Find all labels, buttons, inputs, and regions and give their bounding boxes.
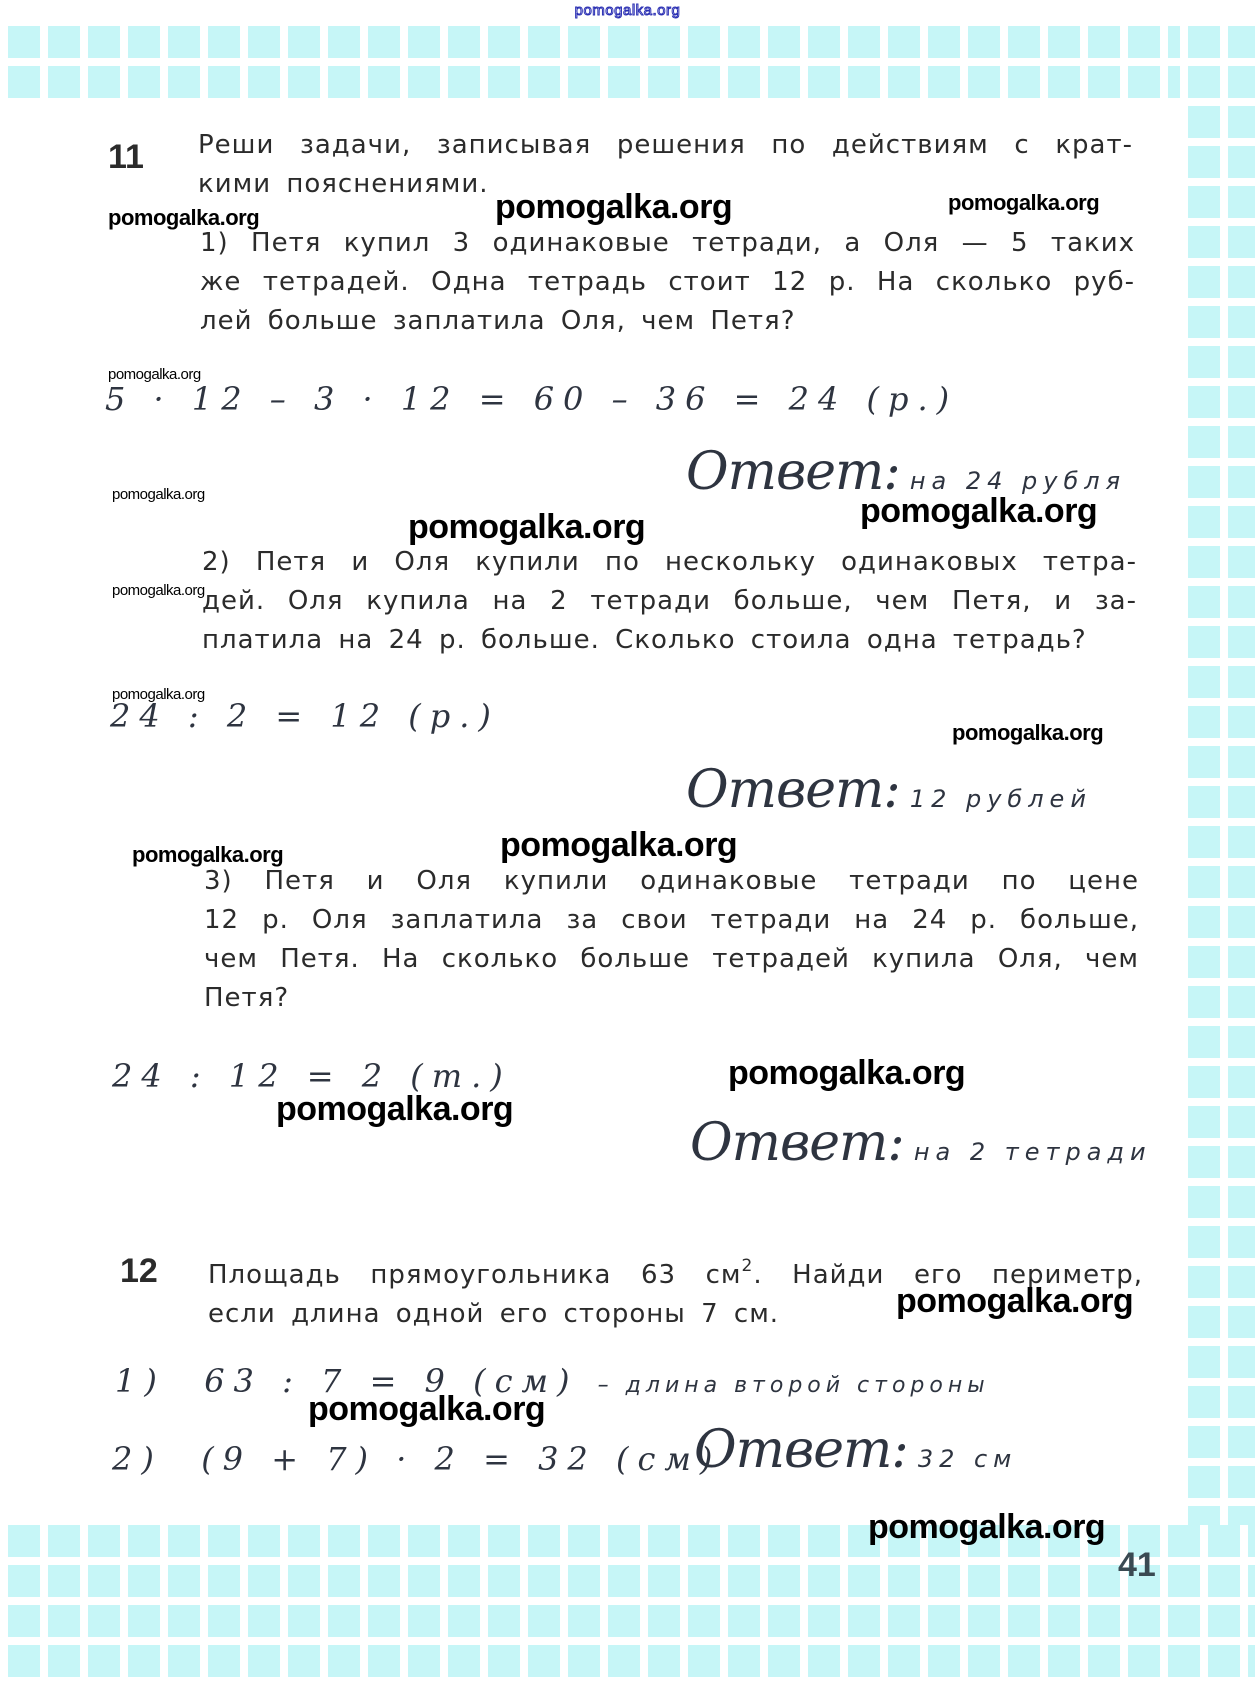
text-line: 2) Петя и Оля купили по нескольку одинак…: [202, 543, 1137, 582]
superscript: 2: [742, 1256, 754, 1276]
watermark: pomogalka.org: [948, 190, 1099, 216]
text-line: же тетрадей. Одна тетрадь стоит 12 р. На…: [200, 263, 1135, 302]
task-number-12: 12: [120, 1252, 158, 1291]
answer-label: Ответ:: [690, 1113, 904, 1173]
text-segment: Площадь прямоугольника 63 см: [208, 1260, 742, 1290]
answer-value: 12 рублей: [910, 785, 1092, 813]
watermark: pomogalka.org: [112, 582, 205, 599]
text-line: 12 р. Оля заплатила за свои тетради на 2…: [204, 901, 1139, 940]
step-label: 1): [115, 1362, 166, 1400]
text-line: чем Петя. На сколько больше тетрадей куп…: [204, 940, 1139, 979]
task-12-answer: Ответ:32 см: [694, 1420, 1017, 1480]
watermark: pomogalka.org: [112, 486, 205, 503]
task-12-step-1: 1) 63 : 7 = 9 (см) – длина второй сторон…: [115, 1362, 990, 1400]
step-note: – длина второй стороны: [598, 1373, 990, 1398]
watermark: pomogalka.org: [112, 686, 205, 703]
watermark: pomogalka.org: [952, 720, 1103, 746]
text-line: 1) Петя купил 3 одинаковые тетради, а Ол…: [200, 224, 1135, 263]
decorative-grid-right: [1180, 26, 1255, 1681]
decorative-grid-top: [0, 26, 1255, 98]
decorative-grid-bottom: [0, 1525, 1255, 1681]
problem-3-answer: Ответ:на 2 тетради: [690, 1113, 1152, 1173]
watermark: pomogalka.org: [728, 1054, 965, 1093]
problem-2-answer: Ответ:12 рублей: [686, 760, 1092, 820]
watermark: pomogalka.org: [500, 826, 737, 865]
text-line: Реши задачи, записывая решения по действ…: [198, 126, 1133, 165]
watermark: pomogalka.org: [108, 205, 259, 231]
text-line: Петя?: [204, 979, 1139, 1018]
watermark: pomogalka.org: [896, 1282, 1133, 1321]
problem-1-solution: 5 · 12 – 3 · 12 = 60 – 36 = 24 (р.): [105, 380, 958, 418]
task-number-11: 11: [108, 138, 144, 177]
watermark: pomogalka.org: [108, 366, 201, 383]
answer-value: на 24 рубля: [910, 467, 1126, 495]
watermark: pomogalka.org: [276, 1090, 513, 1129]
site-header-link[interactable]: pomogalka.org: [0, 2, 1255, 19]
text-line: дей. Оля купила на 2 тетради больше, чем…: [202, 582, 1137, 621]
task-12-step-2: 2) (9 + 7) · 2 = 32 (см): [112, 1440, 721, 1478]
answer-value: на 2 тетради: [914, 1138, 1152, 1166]
watermark: pomogalka.org: [868, 1508, 1105, 1547]
step-label: 2): [112, 1440, 163, 1478]
problem-1-text: 1) Петя купил 3 одинаковые тетради, а Ол…: [200, 224, 1135, 341]
problem-3-text: 3) Петя и Оля купили одинаковые тетради …: [204, 862, 1139, 1018]
answer-label: Ответ:: [686, 760, 900, 820]
problem-2-text: 2) Петя и Оля купили по нескольку одинак…: [202, 543, 1137, 660]
step-expression: (9 + 7) · 2 = 32 (см): [201, 1440, 721, 1478]
watermark: pomogalka.org: [132, 842, 283, 868]
text-line: лей больше заплатила Оля, чем Петя?: [200, 302, 1135, 341]
page-number: 41: [1118, 1546, 1156, 1585]
text-line: платила на 24 р. больше. Сколько стоила …: [202, 621, 1137, 660]
answer-value: 32 см: [918, 1445, 1017, 1473]
text-line: 3) Петя и Оля купили одинаковые тетради …: [204, 862, 1139, 901]
watermark: pomogalka.org: [308, 1390, 545, 1429]
watermark: pomogalka.org: [495, 188, 732, 227]
watermark: pomogalka.org: [860, 492, 1097, 531]
answer-label: Ответ:: [694, 1420, 908, 1480]
watermark: pomogalka.org: [408, 508, 645, 547]
